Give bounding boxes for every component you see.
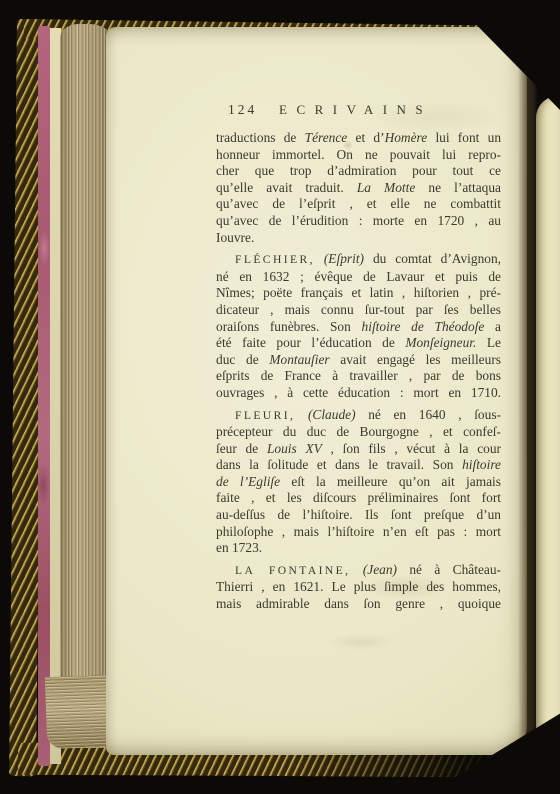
text-segment: (Jean)	[363, 562, 397, 577]
text-segment: du comtat d’Avignon,	[364, 251, 501, 266]
text-line: précepteur du duc de Bourgogne , et conf…	[216, 424, 501, 441]
text-segment: hiſtoire	[462, 457, 501, 472]
text-segment: faite , et les diſcours préliminaires ſo…	[216, 490, 501, 505]
text-block: 124 ECRIVAINS traductions de Térence et …	[216, 101, 501, 613]
text-segment: hiſtoire de Théodoſe	[362, 319, 485, 334]
text-line: Nîmes; poëte français et latin , hiſtori…	[216, 285, 501, 302]
text-segment: lui font un	[427, 130, 501, 145]
text-segment: qu’avec de l’érudition : morte en 1720 ,…	[216, 213, 501, 228]
text-segment: a	[484, 319, 501, 334]
text-line: oraiſons funèbres. Son hiſtoire de Théod…	[216, 319, 501, 336]
text-segment: de l’Egliſe	[216, 474, 280, 489]
book-page: 124 ECRIVAINS traductions de Térence et …	[106, 27, 527, 755]
headword: FLÉCHIER,	[235, 253, 315, 266]
text-segment	[315, 251, 324, 266]
text-segment: mais admirable dans ſon genre , quoique	[216, 596, 501, 611]
text-line: mais admirable dans ſon genre , quoique	[216, 596, 501, 613]
text-line: de l’Egliſe eſt la meilleure qu’on ait j…	[216, 474, 501, 491]
text-segment: né à Château-	[397, 562, 501, 577]
headword: LA FONTAINE,	[235, 564, 350, 577]
text-segment	[350, 562, 362, 577]
text-line: qu’elle avait traduit. La Motte ne l’att…	[216, 180, 501, 197]
text-line: philoſophe , mais l’hiſtoire n’en eſt pa…	[216, 524, 501, 541]
text-segment: traductions de	[216, 130, 305, 145]
text-segment: Homère	[385, 130, 428, 145]
page-header: 124 ECRIVAINS	[216, 101, 501, 118]
text-line: FLÉCHIER, (Eſprit) du comtat d’Avignon,	[216, 251, 501, 269]
text-segment: ouvrages , à cette éducation : mort en 1…	[216, 385, 501, 400]
gutter-shadow	[518, 30, 538, 756]
text-segment: dans la ſolitude et dans le travail. Son	[216, 457, 462, 472]
text-segment: Thierri , en 1621. Le plus ſimple des ho…	[216, 579, 501, 594]
text-line: Iouvre.	[216, 230, 501, 247]
text-line: LA FONTAINE, (Jean) né à Château-	[216, 562, 501, 580]
text-segment: en 1723.	[216, 540, 262, 555]
text-segment	[295, 407, 308, 422]
text-segment: dicateur , mais connu ſur-tout par ſes b…	[216, 302, 501, 317]
facing-page-edge	[536, 96, 560, 756]
text-line: duc de Montauſier avait engagé les meill…	[216, 352, 501, 369]
text-segment: Nîmes; poëte français et latin , hiſtori…	[216, 285, 501, 300]
book-photo: 124 ECRIVAINS traductions de Térence et …	[0, 0, 560, 794]
text-line: dicateur , mais connu ſur-tout par ſes b…	[216, 302, 501, 319]
text-segment: Monſeigneur.	[405, 335, 476, 350]
headword: FLEURI,	[235, 409, 295, 422]
text-segment: Térence	[305, 130, 348, 145]
text-line: né en 1632 ; évêque de Lavaur et puis de	[216, 269, 501, 286]
text-segment: ſeur de	[216, 441, 267, 456]
text-segment: cher que trop d’admiration pour tout ce	[216, 163, 501, 178]
text-segment: qu’elle avait traduit.	[216, 180, 357, 195]
text-segment: Le	[476, 335, 501, 350]
text-segment: oraiſons funèbres. Son	[216, 319, 362, 334]
text-line: faite , et les diſcours préliminaires ſo…	[216, 490, 501, 507]
text-segment: eſprits de France à travailler , par de …	[216, 368, 501, 383]
text-segment: Iouvre.	[216, 230, 254, 245]
text-segment: , ſon fils , vécut à la cour	[322, 441, 501, 456]
text-line: cher que trop d’admiration pour tout ce	[216, 163, 501, 180]
text-line: ſeur de Louis XV , ſon fils , vécut à la…	[216, 441, 501, 458]
bottom-edge-page-stack	[45, 675, 111, 749]
text-line: FLEURI, (Claude) né en 1640 , ſous-	[216, 407, 501, 425]
text-segment: précepteur du duc de Bourgogne , et conf…	[216, 424, 501, 439]
text-line: ouvrages , à cette éducation : mort en 1…	[216, 385, 501, 402]
text-segment: né en 1640 , ſous-	[356, 407, 501, 422]
text-segment: né en 1632 ; évêque de Lavaur et puis de	[216, 269, 501, 284]
text-segment: honneur immortel. On ne pouvait lui repr…	[216, 147, 501, 162]
paragraph: FLÉCHIER, (Eſprit) du comtat d’Avignon,n…	[216, 251, 501, 401]
text-segment: été faite pour l’éducation de	[216, 335, 405, 350]
text-line: qu’avec de l’eſprit , et elle ne combatt…	[216, 196, 501, 213]
text-segment: (Claude)	[308, 407, 356, 422]
page-number: 124	[228, 102, 257, 118]
text-segment: et d’	[347, 130, 384, 145]
text-line: au-deſſus de l’hiſtoire. Ils ſont preſqu…	[216, 507, 501, 524]
text-line: qu’avec de l’érudition : morte en 1720 ,…	[216, 213, 501, 230]
text-segment: eſt la meilleure qu’on ait jamais	[280, 474, 501, 489]
text-line: honneur immortel. On ne pouvait lui repr…	[216, 147, 501, 164]
text-line: été faite pour l’éducation de Monſeigneu…	[216, 335, 501, 352]
text-segment: ne l’attaqua	[415, 180, 501, 195]
running-title: ECRIVAINS	[279, 102, 432, 118]
paragraph: traductions de Térence et d’Homère lui f…	[216, 130, 501, 246]
text-segment: philoſophe , mais l’hiſtoire n’en eſt pa…	[216, 524, 501, 539]
text-segment: (Eſprit)	[324, 251, 364, 266]
text-segment: La Motte	[357, 180, 415, 195]
text-segment: duc de	[216, 352, 269, 367]
paragraph: FLEURI, (Claude) né en 1640 , ſous-préce…	[216, 407, 501, 557]
text-line: en 1723.	[216, 540, 501, 557]
text-line: Thierri , en 1621. Le plus ſimple des ho…	[216, 579, 501, 596]
text-segment: Montauſier	[269, 352, 329, 367]
text-line: dans la ſolitude et dans le travail. Son…	[216, 457, 501, 474]
text-segment: avait engagé les meilleurs	[330, 352, 501, 367]
paragraphs: traductions de Térence et d’Homère lui f…	[216, 130, 501, 613]
text-line: eſprits de France à travailler , par de …	[216, 368, 501, 385]
text-segment: qu’avec de l’eſprit , et elle ne combatt…	[216, 196, 501, 211]
paragraph: LA FONTAINE, (Jean) né à Château-Thierri…	[216, 562, 501, 613]
text-line: traductions de Térence et d’Homère lui f…	[216, 130, 501, 147]
text-segment: Louis XV	[267, 441, 322, 456]
text-segment: au-deſſus de l’hiſtoire. Ils ſont preſqu…	[216, 507, 501, 522]
